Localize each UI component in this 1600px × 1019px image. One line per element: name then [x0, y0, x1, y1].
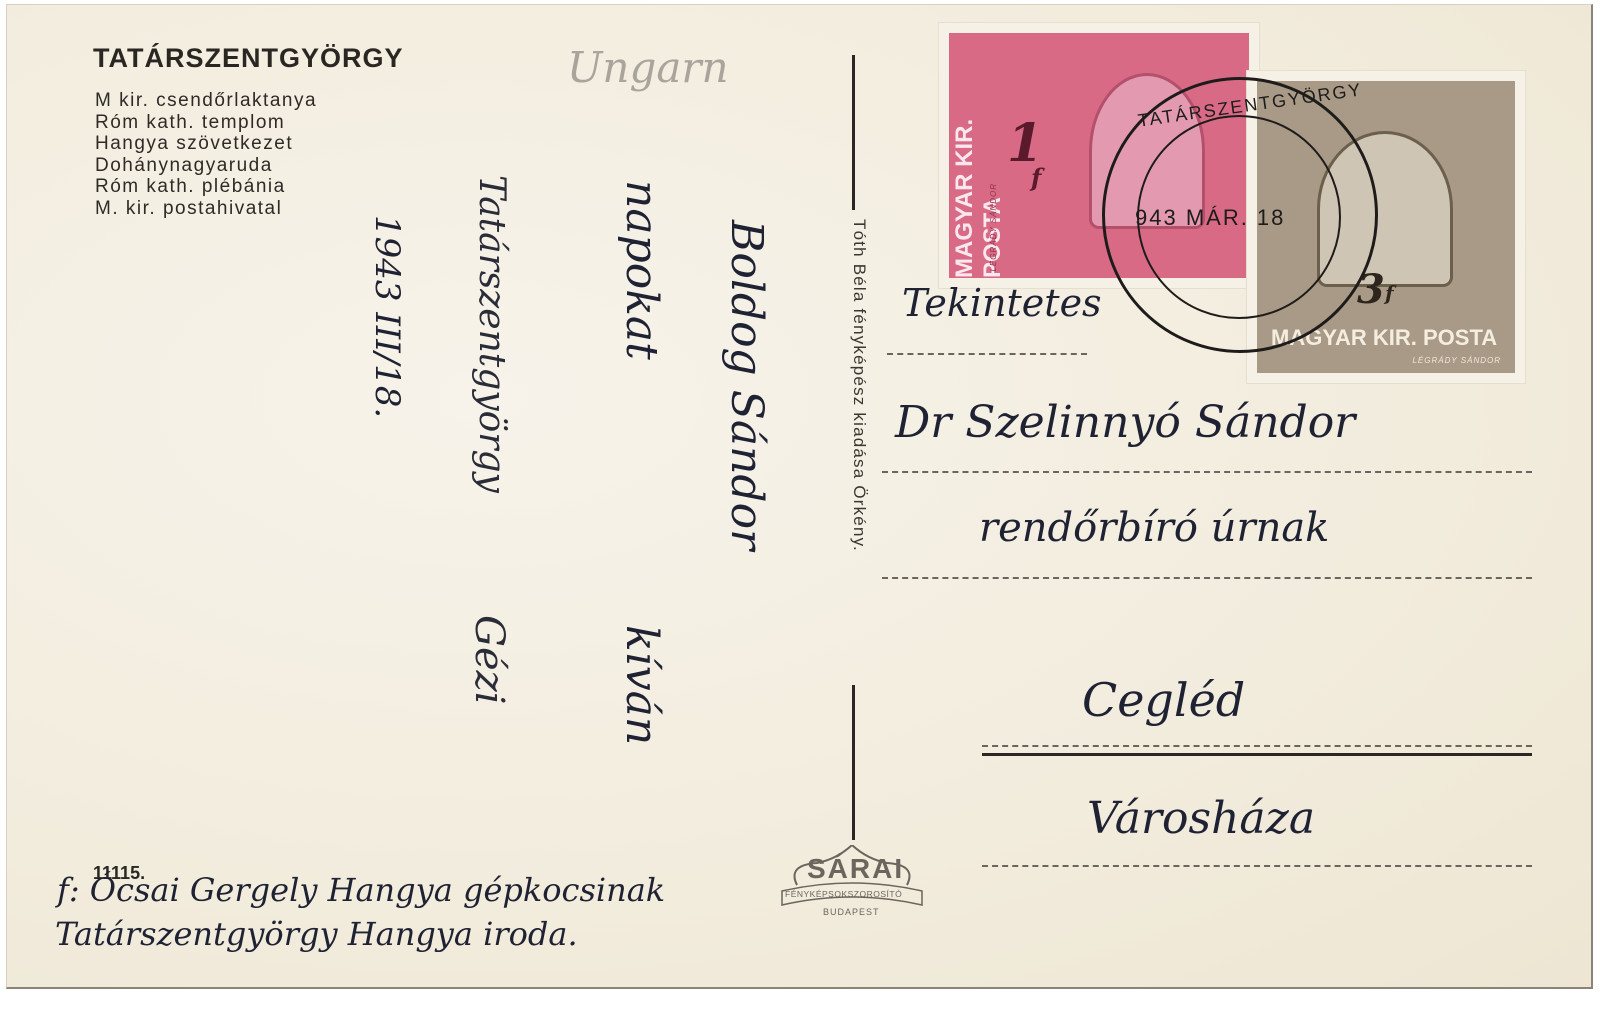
address-salutation: Tekintetes	[902, 281, 1102, 325]
stamp-unit: f	[1385, 281, 1394, 305]
message-signature: Gézi	[466, 615, 512, 705]
logo-name: SÁRAI	[807, 853, 904, 885]
footer-note-line: Tatárszentgyörgy Hangya iroda.	[55, 915, 578, 953]
divider-line	[852, 685, 855, 840]
divider-line	[852, 55, 855, 210]
stamp-designer: LÉGRÁDY SÁNDOR	[1412, 356, 1501, 365]
address-line	[982, 745, 1532, 747]
message-place: Tatárszentgyörgy	[471, 175, 512, 493]
stamp-country: MAGYAR KIR. POSTA	[951, 37, 1007, 278]
caption-item: Hangya szövetkezet	[95, 133, 317, 155]
logo-city: BUDAPEST	[823, 907, 880, 917]
address-line	[887, 353, 1087, 355]
printer-logo: SÁRAI FÉNYKÉPSOKSZOROSÍTÓ BUDAPEST	[777, 845, 927, 941]
caption-item: Róm kath. templom	[95, 112, 317, 134]
caption-item: M kir. csendőrlaktanya	[95, 90, 317, 112]
address-name: Dr Szelinnyó Sándor	[895, 397, 1355, 448]
message-line: Boldog Sándor	[721, 220, 772, 550]
address-city-underline	[982, 753, 1532, 756]
postcard-title: TATÁRSZENTGYÖRGY	[93, 43, 404, 74]
stamp-designer: LÉGRÁDY SÁNDOR	[989, 183, 998, 272]
address-street: Városháza	[1087, 793, 1315, 844]
address-city: Cegléd	[1082, 673, 1245, 727]
caption-item: Dohánynagyaruda	[95, 155, 317, 177]
caption-list: M kir. csendőrlaktanya Róm kath. templom…	[95, 90, 317, 219]
footer-note-line: f: Ócsai Gergely Hangya gépkocsinak	[57, 871, 665, 909]
postmark-date: 943 MÁR. 18	[1135, 205, 1285, 231]
message-line: kíván	[616, 625, 667, 745]
logo-subtitle: FÉNYKÉPSOKSZOROSÍTÓ	[785, 889, 902, 899]
address-line	[982, 865, 1532, 867]
address-line	[882, 577, 1532, 579]
caption-item: Róm kath. plébánia	[95, 176, 317, 198]
address-line	[882, 471, 1532, 473]
publisher-line: Tóth Béla fényképész kiadása Örkény.	[849, 219, 869, 552]
message-line: napokat	[616, 180, 667, 360]
postcard: TATÁRSZENTGYÖRGY M kir. csendőrlaktanya …	[6, 4, 1593, 989]
caption-item: M. kir. postahivatal	[95, 198, 317, 220]
stamp-unit: f	[1031, 163, 1041, 192]
address-title: rendőrbíró úrnak	[979, 505, 1329, 551]
pencil-note: Ungarn	[567, 43, 729, 92]
message-date: 1943 III/18.	[367, 215, 407, 418]
